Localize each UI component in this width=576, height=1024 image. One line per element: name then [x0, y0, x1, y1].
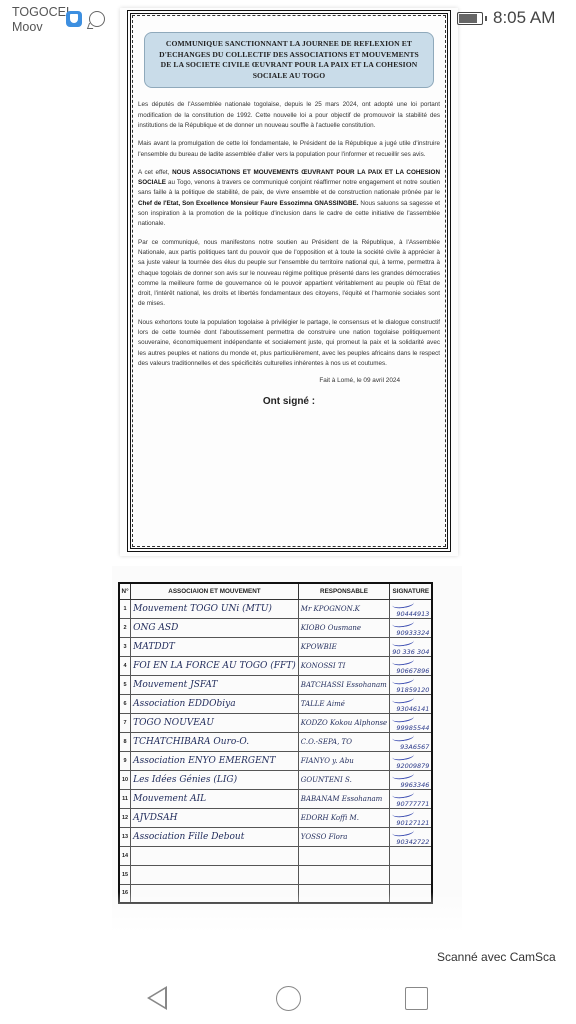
handwritten-signature — [392, 770, 415, 780]
signature-cell — [390, 846, 433, 865]
row-number: 5 — [119, 675, 131, 694]
signature-phone-number: 90127121 — [396, 819, 429, 827]
paragraph-4: Par ce communiqué, nous manifestons notr… — [138, 238, 440, 310]
handwritten-signature — [392, 618, 415, 628]
row-number: 9 — [119, 751, 131, 770]
row-number: 11 — [119, 789, 131, 808]
signature-phone-number: 99985544 — [396, 724, 429, 732]
signed-label: Ont signé : — [136, 396, 442, 407]
signature-phone-number: 93046141 — [396, 705, 429, 713]
table-row: 10Les Idées Génies (LIG)GOUNTENI S.99633… — [119, 770, 432, 789]
row-number: 6 — [119, 694, 131, 713]
header-number: N° — [119, 583, 131, 599]
signature-phone-number: 90 336 304 — [392, 648, 429, 656]
row-number: 12 — [119, 808, 131, 827]
handwritten-signature — [392, 694, 415, 704]
signature-cell: 99985544 — [390, 713, 433, 732]
table-row: 12AJVDSAHEDORH Koffi M.90127121 — [119, 808, 432, 827]
table-row: 9Association ENYO EMERGENTFIANYO y. Abu9… — [119, 751, 432, 770]
table-row: 4FOI EN LA FORCE AU TOGO (FFT)KONOSSI TI… — [119, 656, 432, 675]
signature-cell: 9963346 — [390, 770, 433, 789]
table-row: 8TCHATCHIBARA Ouro-O.C.O.-SEPA, TO93A656… — [119, 732, 432, 751]
whatsapp-icon — [89, 11, 105, 27]
paragraph-2: Mais avant la promulgation de cette loi … — [138, 139, 440, 160]
table-row: 5Mouvement JSFATBATCHASSI Essohanam91859… — [119, 675, 432, 694]
association-name: Association Fille Debout — [131, 827, 299, 846]
signature-table: N° ASSOCIAION ET MOUVEMENT RESPONSABLE S… — [118, 582, 433, 904]
battery-icon — [457, 12, 483, 25]
responsable-name — [298, 865, 389, 884]
table-row: 7TOGO NOUVEAUKODZO Kokou Alphonse9998554… — [119, 713, 432, 732]
signature-phone-number: 91859120 — [396, 686, 429, 694]
signature-cell: 93A6567 — [390, 732, 433, 751]
header-signature: SIGNATURE — [390, 583, 433, 599]
table-row: 13Association Fille DeboutYOSSO Flora903… — [119, 827, 432, 846]
responsable-name — [298, 846, 389, 865]
paragraph-3: A cet effet, NOUS ASSOCIATIONS ET MOUVEM… — [138, 168, 440, 230]
handwritten-signature — [392, 827, 415, 837]
handwritten-signature — [392, 675, 415, 685]
association-name — [131, 846, 299, 865]
table-header-row: N° ASSOCIAION ET MOUVEMENT RESPONSABLE S… — [119, 583, 432, 599]
carrier-line-2: Moov — [12, 20, 73, 35]
row-number: 4 — [119, 656, 131, 675]
association-name: ONG ASD — [131, 618, 299, 637]
signature-cell: 90342722 — [390, 827, 433, 846]
handwritten-signature — [392, 789, 415, 799]
responsable-name: YOSSO Flora — [298, 827, 389, 846]
paragraph-5: Nous exhortons toute la population togol… — [138, 318, 440, 369]
carrier-line-1: TOGOCEL — [12, 5, 73, 20]
association-name: Mouvement JSFAT — [131, 675, 299, 694]
communique-title: COMMUNIQUE SANCTIONNANT LA JOURNEE DE RE… — [144, 32, 434, 88]
table-row: 15 — [119, 865, 432, 884]
signature-cell: 92009879 — [390, 751, 433, 770]
signature-phone-number: 9963346 — [400, 781, 429, 789]
recents-icon[interactable] — [405, 987, 428, 1010]
back-icon[interactable] — [147, 986, 167, 1010]
responsable-name: Mr KPOGNON.K — [298, 599, 389, 618]
signature-phone-number: 90667896 — [396, 667, 429, 675]
association-name: AJVDSAH — [131, 808, 299, 827]
table-row: 11Mouvement AILBABANAM Essohanam90777771 — [119, 789, 432, 808]
signature-cell: 90667896 — [390, 656, 433, 675]
table-row: 14 — [119, 846, 432, 865]
handwritten-signature — [392, 713, 415, 723]
responsable-name: KIOBO Ousmane — [298, 618, 389, 637]
association-name: TOGO NOUVEAU — [131, 713, 299, 732]
scan-fade — [112, 892, 462, 950]
handwritten-signature — [392, 751, 415, 761]
table-row: 6Association EDDObiyaTALLE Aimé93046141 — [119, 694, 432, 713]
association-name: MATDDT — [131, 637, 299, 656]
row-number: 10 — [119, 770, 131, 789]
association-name: FOI EN LA FORCE AU TOGO (FFT) — [131, 656, 299, 675]
signature-cell: 90444913 — [390, 599, 433, 618]
carrier-name: TOGOCEL Moov — [12, 5, 73, 35]
responsable-name: KONOSSI TI — [298, 656, 389, 675]
date-line: Fait à Lomé, le 09 avril 2024 — [136, 377, 400, 384]
association-name: Mouvement TOGO UNi (MTU) — [131, 599, 299, 618]
handwritten-signature — [392, 732, 415, 742]
association-name: Mouvement AIL — [131, 789, 299, 808]
signature-phone-number: 93A6567 — [400, 743, 429, 751]
association-name: TCHATCHIBARA Ouro-O. — [131, 732, 299, 751]
clock: 8:05 AM — [493, 8, 555, 28]
association-name: Association EDDObiya — [131, 694, 299, 713]
home-icon[interactable] — [276, 986, 301, 1011]
table-row: 1Mouvement TOGO UNi (MTU)Mr KPOGNON.K904… — [119, 599, 432, 618]
responsable-name: FIANYO y. Abu — [298, 751, 389, 770]
table-row: 3MATDDTKPOWBIE90 336 304 — [119, 637, 432, 656]
handwritten-signature — [392, 637, 415, 647]
signature-cell: 90 336 304 — [390, 637, 433, 656]
responsable-name: BATCHASSI Essohanam — [298, 675, 389, 694]
association-name: Association ENYO EMERGENT — [131, 751, 299, 770]
paragraph-1: Les députés de l'Assemblée nationale tog… — [138, 100, 440, 131]
row-number: 13 — [119, 827, 131, 846]
handwritten-signature — [392, 656, 415, 666]
signature-cell: 90777771 — [390, 789, 433, 808]
signature-phone-number: 90777771 — [396, 800, 429, 808]
row-number: 15 — [119, 865, 131, 884]
responsable-name: KPOWBIE — [298, 637, 389, 656]
signature-phone-number: 90342722 — [396, 838, 429, 846]
row-number: 7 — [119, 713, 131, 732]
signature-cell: 91859120 — [390, 675, 433, 694]
signature-phone-number: 92009879 — [396, 762, 429, 770]
signature-phone-number: 90933324 — [396, 629, 429, 637]
signature-cell — [390, 865, 433, 884]
signature-cell: 90933324 — [390, 618, 433, 637]
row-number: 3 — [119, 637, 131, 656]
scanned-communique-page: COMMUNIQUE SANCTIONNANT LA JOURNEE DE RE… — [120, 8, 458, 556]
row-number: 8 — [119, 732, 131, 751]
row-number: 14 — [119, 846, 131, 865]
camscanner-watermark: Scanné avec CamSca — [437, 950, 556, 964]
responsable-name: TALLE Aimé — [298, 694, 389, 713]
signature-cell: 93046141 — [390, 694, 433, 713]
row-number: 1 — [119, 599, 131, 618]
navigation-bar — [0, 966, 576, 1024]
scanned-signature-page: N° ASSOCIAION ET MOUVEMENT RESPONSABLE S… — [112, 566, 462, 950]
header-responsable: RESPONSABLE — [298, 583, 389, 599]
handwritten-signature — [392, 808, 415, 818]
responsable-name: GOUNTENI S. — [298, 770, 389, 789]
signature-phone-number: 90444913 — [396, 610, 429, 618]
shield-app-icon — [66, 11, 82, 27]
responsable-name: KODZO Kokou Alphonse — [298, 713, 389, 732]
association-name: Les Idées Génies (LIG) — [131, 770, 299, 789]
header-association: ASSOCIAION ET MOUVEMENT — [131, 583, 299, 599]
signature-cell: 90127121 — [390, 808, 433, 827]
responsable-name: BABANAM Essohanam — [298, 789, 389, 808]
responsable-name: C.O.-SEPA, TO — [298, 732, 389, 751]
responsable-name: EDORH Koffi M. — [298, 808, 389, 827]
handwritten-signature — [392, 599, 415, 609]
association-name — [131, 865, 299, 884]
row-number: 2 — [119, 618, 131, 637]
status-bar: TOGOCEL Moov 8:05 AM — [0, 0, 576, 40]
table-row: 2ONG ASDKIOBO Ousmane90933324 — [119, 618, 432, 637]
